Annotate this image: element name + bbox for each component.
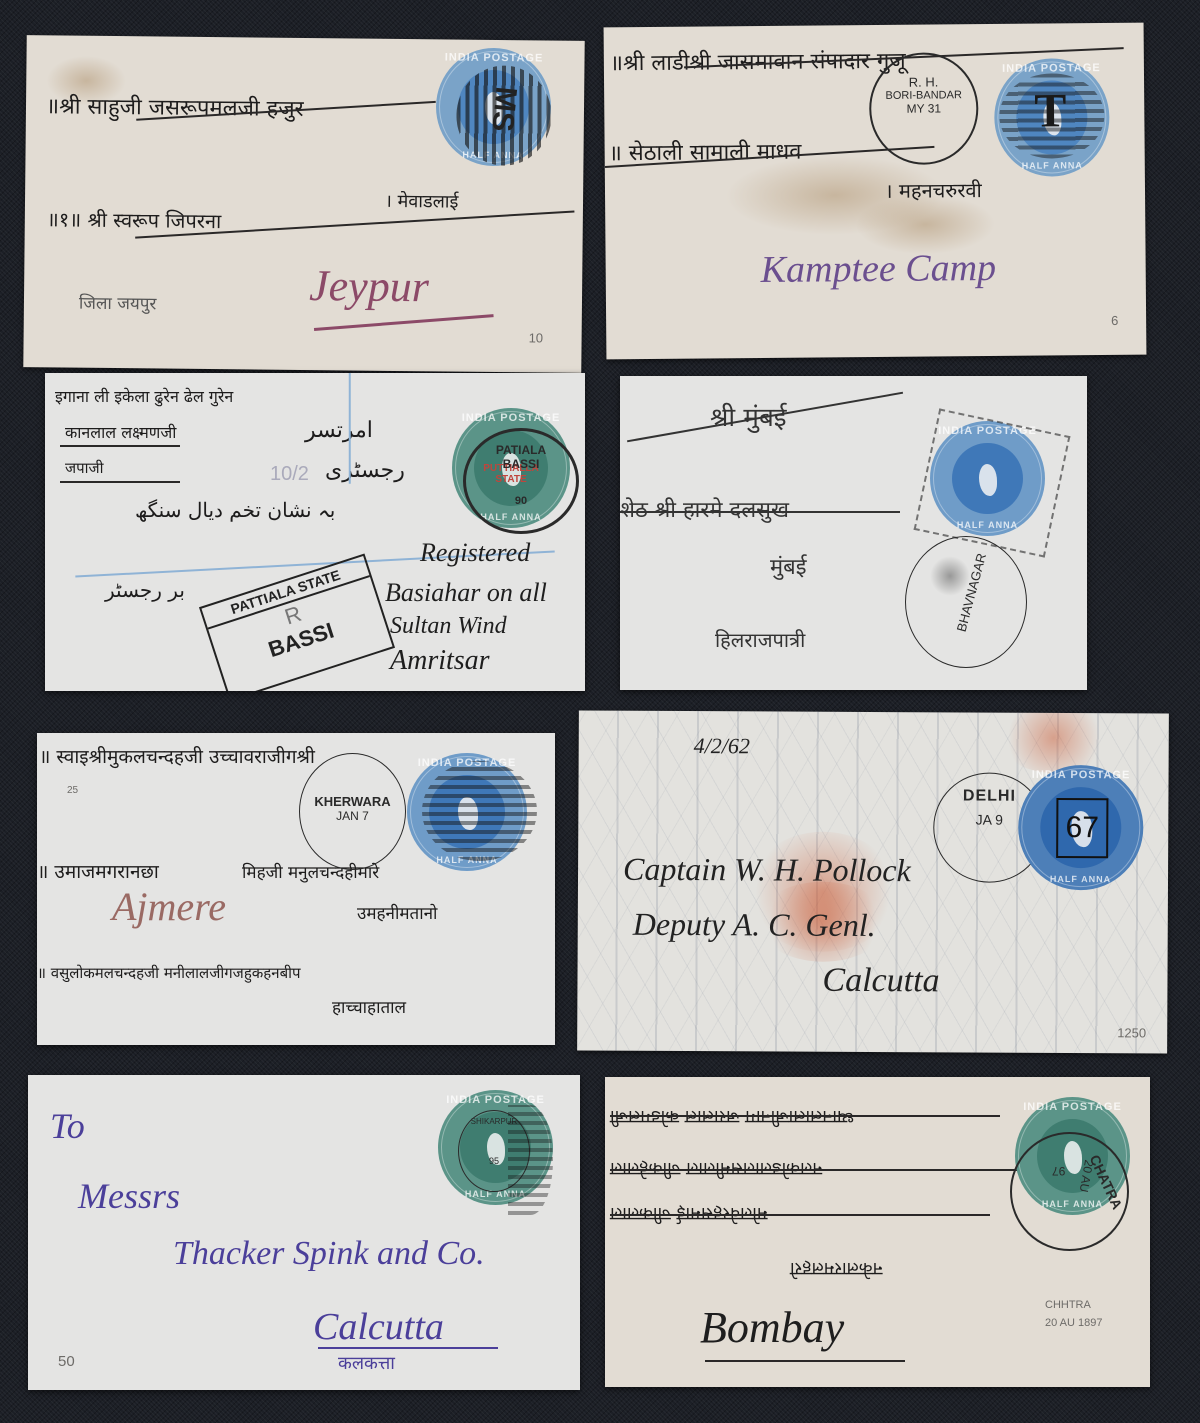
postmark-bhavnagar: BHAVNAGAR: [905, 536, 1027, 668]
vernacular-line-2: कानलाल लक्ष्मणजी: [65, 421, 176, 443]
address-line-1: Captain W. H. Pollock: [623, 851, 911, 890]
vernacular-line-1: ध्यानलालाजीनाम जसलाल कोडमलजी: [610, 1105, 854, 1129]
vernacular-line-5: ॥ वसुलोकमलचन्दहजी मनीलालजीगजहुकहनबीप: [37, 963, 301, 983]
vernacular-line-2: ॥ उमाजमगरानछा: [37, 858, 159, 884]
postmark-bori-bandar: R. H. BORI-BANDAR MY 31: [869, 52, 979, 165]
postmark-patiala-bassi: PATIALA BASSI 90: [463, 428, 579, 534]
vernacular-line-1: इगाना ली इकेला ढुरेन ढेल गुरेन: [55, 385, 233, 407]
address-messrs: Messrs: [78, 1175, 180, 1217]
address-to: To: [50, 1105, 85, 1147]
vernacular-line-6: हाच्चाहाताल: [332, 995, 406, 1018]
corner-note: 1250: [1117, 1025, 1146, 1040]
urdu-line-4: بر رجسٹر: [105, 578, 185, 602]
address-line-1: Registered: [420, 538, 530, 568]
address-line-2: Basiahar on all: [385, 578, 547, 608]
address-city: Jeypur: [309, 260, 429, 312]
envelope-bombay: ध्यानलालाजीनाम जसलाल कोडमलजी नलकोडलालसमी…: [605, 1077, 1150, 1387]
address-city: Kamptee Camp: [760, 246, 996, 292]
vernacular-line-3: । मेवाडलाई: [385, 189, 459, 214]
cancel-number: MS: [484, 85, 522, 133]
envelope-ajmere: ॥ स्वाइश्रीमुकलचन्दहजी उच्चावराजीगश्री ॥…: [37, 733, 555, 1045]
corner-note: 10: [529, 330, 544, 345]
vernacular-line-3: । महनचरुरवी: [885, 176, 982, 204]
vernacular-line-1: ॥ स्वाइश्रीमुकलचन्दहजी उच्चावराजीगश्री: [39, 743, 315, 769]
postmark-kherwara: KHERWARA JAN 7: [299, 753, 406, 870]
vernacular-line-2: शेठ श्री हारमे दलसुख: [620, 494, 789, 524]
cancel-letter: T: [1034, 83, 1066, 138]
address-line-3: Sultan Wind: [390, 613, 507, 640]
envelope-kamptee: ॥श्री लाडीश्री जासमावान संपादार गुजू ॥ स…: [604, 23, 1147, 360]
postmark-chatra: CHATRA 20 AU 97: [1010, 1132, 1129, 1251]
vernacular-city: कलकत्ता: [338, 1351, 395, 1375]
pencil-vernacular: जिला जयपुर: [79, 291, 157, 315]
envelope-amritsar: इगाना ली इकेला ढुरेन ढेल गुरेन कानलाल लक…: [45, 373, 585, 691]
address-city: Calcutta: [313, 1305, 444, 1349]
registration-box-bassi: PATTIALA STATE R BASSI: [199, 554, 395, 691]
corner-note: 6: [1111, 313, 1118, 328]
vernacular-line-2: ॥१॥ श्री स्वरूप जिपरना: [47, 205, 222, 234]
vernacular-line-1: ॥श्री लाडीश्री जासमावान संपादार गुजू: [610, 45, 906, 78]
envelope-bombay-gujarati: श्री मुंबई शेठ श्री हारमे दलसुख मुंबई हि…: [620, 376, 1087, 690]
address-line-4: Amritsar: [390, 645, 490, 677]
urdu-line-1: امرتسر: [305, 418, 373, 443]
vernacular-line-4: हिलराजपात्री: [715, 626, 805, 653]
envelope-calcutta-crossed: 4/2/62 Captain W. H. Pollock Deputy A. C…: [577, 710, 1169, 1053]
box-cancel: [914, 408, 1071, 557]
pencil-note: 10/2: [270, 463, 309, 486]
pencil-note-town: CHHTRA: [1045, 1299, 1091, 1311]
envelope-thacker-spink: To Messrs Thacker Spink and Co. Calcutta…: [28, 1075, 580, 1390]
address-city: Ajmere: [112, 883, 226, 930]
vernacular-line-2: ॥ सेठाली सामाली माधव: [609, 136, 802, 168]
urdu-line-3: بہ نشان تخم دیال سنگھ: [135, 498, 335, 522]
numeral-cancel: 67: [1056, 798, 1108, 858]
vernacular-line-3: मुंबई: [770, 551, 807, 581]
corner-note: 25: [67, 785, 78, 796]
vernacular-line-4: उमहनीमतानो: [357, 901, 437, 924]
address-line-3: Calcutta: [822, 962, 939, 1001]
vernacular-line-4: नकेलारमलहरो: [790, 1257, 883, 1281]
urdu-line-2: رجسٹری: [325, 458, 405, 483]
vernacular-line-3: जपाजी: [65, 458, 104, 478]
date-note: 4/2/62: [694, 733, 750, 759]
address-city: Bombay: [700, 1302, 844, 1353]
address-line-2: Deputy A. C. Genl.: [633, 906, 876, 944]
vernacular-line-1: श्री मुंबई: [710, 398, 787, 434]
photo-background: { "photo": { "subject": "Eight British I…: [0, 0, 1200, 1423]
address-firm: Thacker Spink and Co.: [173, 1235, 485, 1273]
corner-note: 50: [58, 1353, 75, 1370]
vernacular-line-1: ॥श्री साहुजी जसरूपमलजी हजुर: [46, 90, 304, 123]
pencil-note-date: 20 AU 1897: [1045, 1317, 1103, 1329]
envelope-jeypur: ॥श्री साहुजी जसरूपमलजी हजुर ॥१॥ श्री स्व…: [23, 35, 584, 373]
